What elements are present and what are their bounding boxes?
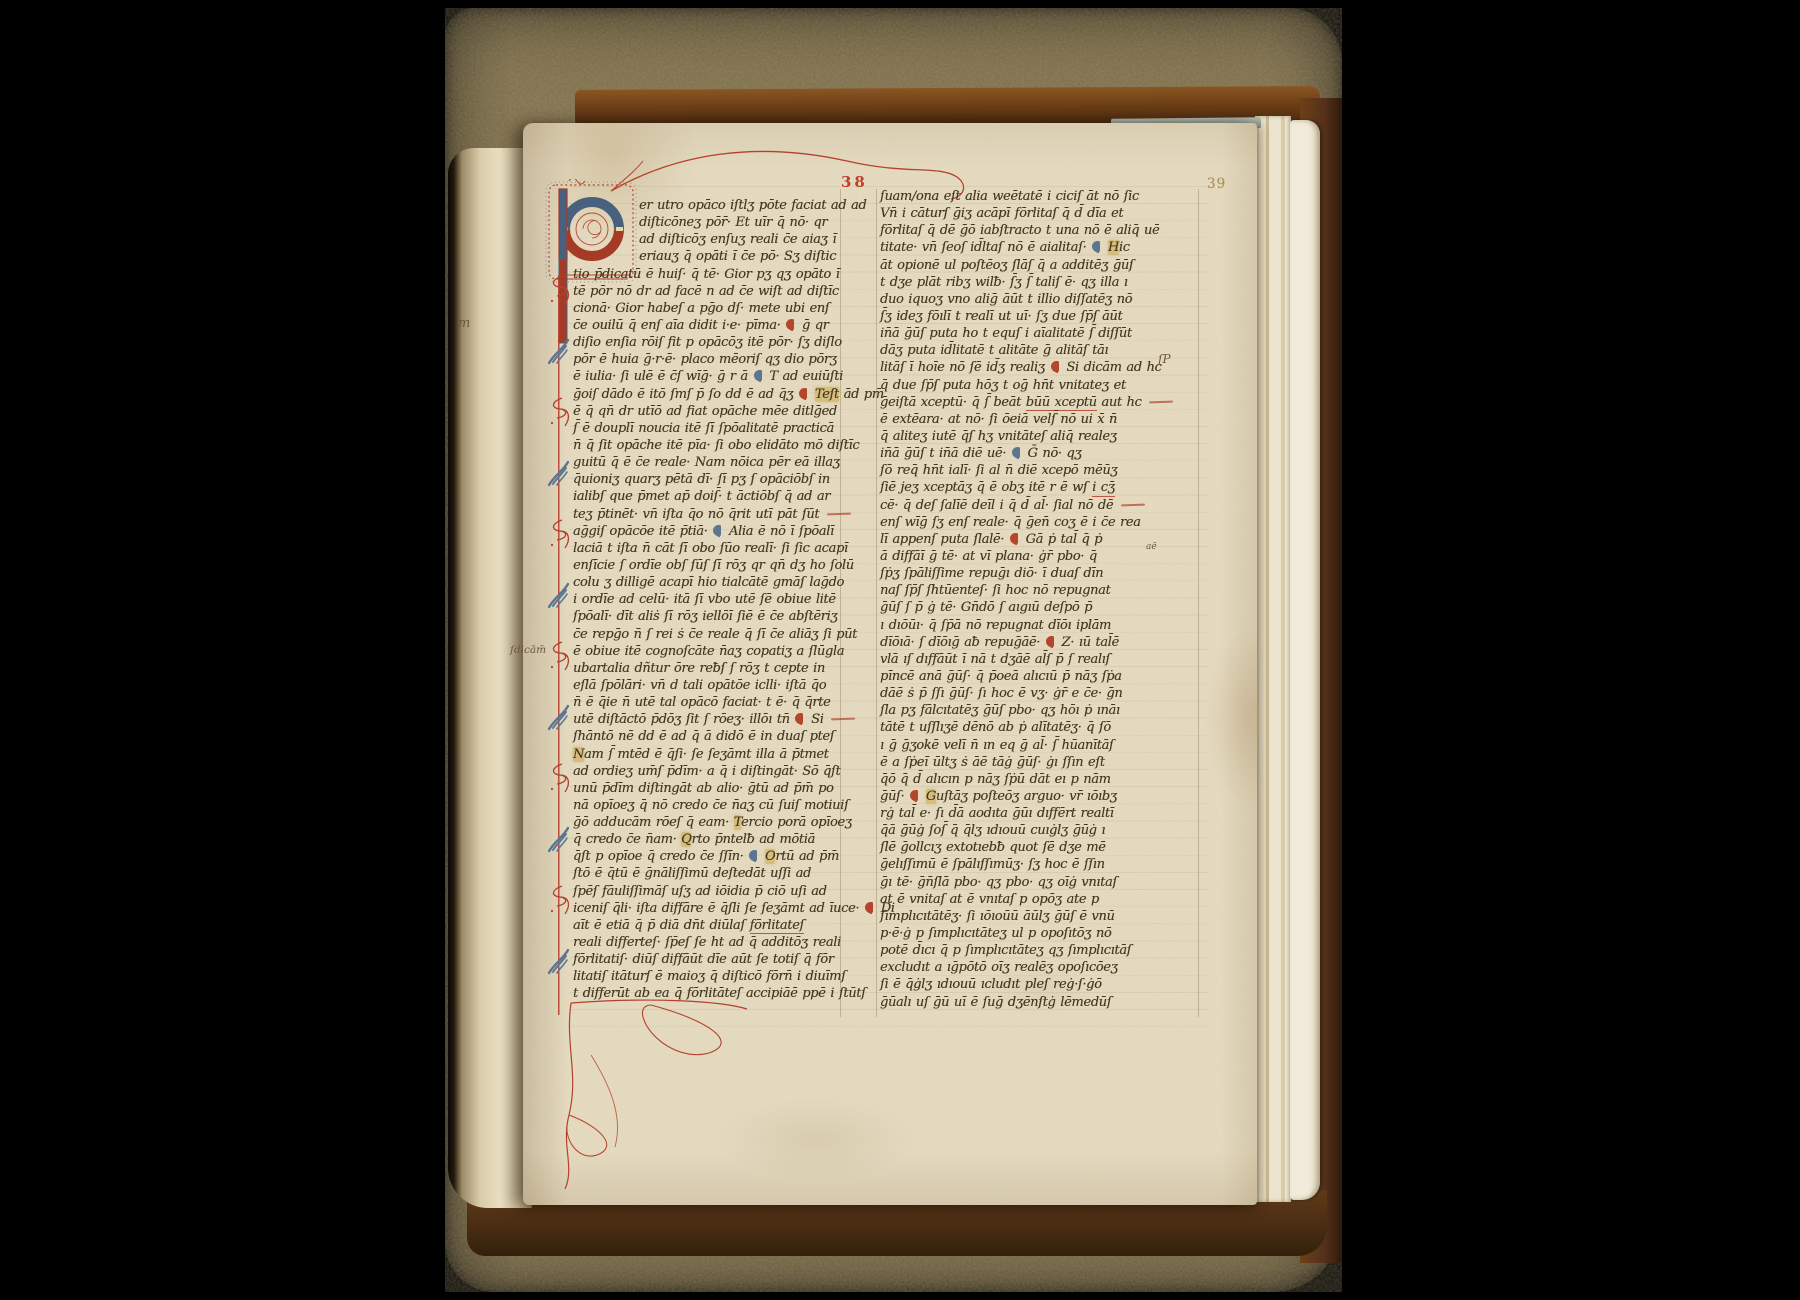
blue-leaf-ornament	[546, 336, 572, 370]
text-line: reali differteſ· ſp̄eſ ſe ht ad q̄ addit…	[573, 934, 841, 951]
column-rule	[1198, 189, 1199, 1017]
text-line: ē a ſṗeı̄ ūltʒ ṡ āē tāġ ḡūſ· ġı ſſın eſt	[880, 754, 1124, 771]
red-paragraph-mark	[865, 902, 873, 913]
text-line: ſpōalī· dīt aliṡ ſī rōʒ iellōī ſiē ē c̄e…	[573, 608, 841, 625]
text-line: n̄ ē q̄ie n̄ utē tal opācō faciat· t ē· …	[573, 694, 841, 711]
text-line: tio p̄dicatū ē huiſ· q̄ tē· Gior pʒ qʒ o…	[573, 266, 841, 283]
gold-touched-letter: N	[573, 747, 584, 762]
text-line: ſ̄ʒ ideʒ fōılī t realī ut uī· ſʒ due ſp̄…	[880, 308, 1124, 325]
text-line: ſṗʒ ſpāliſſime repuḡı diō· ī duaſ dīn	[880, 565, 1124, 582]
marginal-note: ſdicām̄	[510, 644, 546, 656]
text-line: cionā· Gior habeſ a pḡo dſ· mete ubi enſ	[573, 300, 841, 317]
text-line: rġ tal̄ e· ſı d̄ā aodıta ḡūı dıffērt rea…	[880, 805, 1124, 822]
gold-touched-letter: G	[926, 789, 936, 804]
red-paragraph-mark	[786, 319, 794, 330]
red-curl-ornament	[546, 275, 572, 309]
red-paragraph-mark	[1010, 533, 1018, 544]
text-line: naſ ſp̄ſ ſhtūenteſ· ſi hoc nō repugnat	[880, 582, 1124, 599]
text-line: duo iquoʒ vno aliḡ āūt t illio diſſatēʒ …	[880, 291, 1124, 308]
text-line: ubartalia dñtur ōre reƀſ ſ rōʒ t cepte i…	[573, 660, 841, 677]
text-line: ſi ē q̄ġlʒ ıdıouū ıcludıt pleſ reġ·ſ·ġō	[880, 976, 1124, 993]
rough-page-edges	[1290, 120, 1320, 1200]
text-line: ad diſticōʒ enſuʒ reali c̄e aiaʒ ı̄	[573, 231, 841, 248]
text-line: eriauʒ q̄ opāti ı̄ c̄e pō· Sʒ diſtic	[573, 248, 841, 265]
text-column-left: er utro opāco iſtlʒ pōte faciat ad addiſ…	[573, 197, 841, 1003]
text-line: c̄e ouilū q̄ enſ aīa didit i·e· pīma· ḡ …	[573, 317, 841, 334]
text-line: t dʒe plāt ribʒ wilƀ· ſ̄ʒ ſ̄ taliſ ē· qʒ…	[880, 274, 1124, 291]
text-line: q̄ſt p opīoe q̄ credo c̄e ſſīn· Ortū ad …	[573, 848, 841, 865]
blue-leaf-ornament	[546, 702, 572, 736]
text-line: Vn̄ i cāturſ ḡiʒ acāpī fōrlitaſ q̄ d̄ dī…	[880, 205, 1124, 222]
marginal-note: aē	[1146, 542, 1157, 552]
text-line: ſla pʒ fālcıtatēʒ ḡūſ pbo· qʒ hōı ṗ ınāı	[880, 702, 1124, 719]
text-line: dīōıā· ſ dīōıḡ aƀ repuḡāē· Z· ıū tal̄ē	[880, 634, 1124, 651]
text-line: teʒ p̄tinēt· vn̄ iſta q̄o nō q̄rit utī p…	[573, 506, 841, 523]
gold-touched-letter: T	[734, 815, 741, 830]
blue-paragraph-mark	[754, 370, 762, 381]
text-line: i ordīe ad celū· itā ſī vbo utē ſē obiue…	[573, 591, 841, 608]
text-line: ı ḡ ḡʒokē velī n̄ ın eq ḡ al̄· ſ̄ hūanīt…	[880, 737, 1124, 754]
text-line: titate· vn̄ ſeoſ id̄ltaſ nō ē aialitaſ· …	[880, 239, 1124, 256]
red-curl-ornament	[546, 519, 572, 553]
gold-touched-letter: O	[765, 849, 775, 864]
book-cover: 38 39 er utro opāco iſtlʒ pōte faciat ad…	[445, 8, 1342, 1292]
text-line: ı dıōūı· q̄ ſp̄ā nō repugnat dīōı iplām	[880, 617, 1124, 634]
text-line: tātē t uſſlıʒē dēnō ab ṗ alītatēʒ· q̄ ſō	[880, 719, 1124, 736]
red-curl-ornament	[546, 763, 572, 797]
text-line: laciā t iſta n̄ cāt ſī obo ſūo realī· ſi…	[573, 540, 841, 557]
text-line: ſlē ḡollcıʒ extotıebƀ quot ſē dʒe mē	[880, 839, 1124, 856]
text-line: ḡeiſtā xceptū· q̄ ſ̄ beāt būū xceptū aut…	[880, 394, 1124, 411]
text-line: āt opionē ul poſtēoʒ ſlāſ q̄ a additēʒ ḡ…	[880, 257, 1124, 274]
penwork-bottom-flourish	[531, 995, 781, 1200]
blue-paragraph-mark	[713, 525, 721, 536]
blue-paragraph-mark	[1092, 241, 1100, 252]
text-line: ſō req̄ hn̄t ialī· ſi al n̄ diē xcepō mē…	[880, 462, 1124, 479]
red-paragraph-mark	[795, 713, 803, 724]
text-line: potē d̄ıcı q̄ p ſımplıcıtāteʒ qʒ ſımplıc…	[880, 942, 1124, 959]
text-line: ē extēara· at nō· ſi ōeiā velſ̄ nō ui x̄…	[880, 411, 1124, 428]
text-line: diſticōneʒ pōr̄· Et uīr q̄ nō· qr	[573, 214, 841, 231]
text-line: ſuam/ona eſt alia weētatē i ciciſ āt nō …	[880, 188, 1124, 205]
text-line: q̄uioniʒ quarʒ pētā dī· ſī pʒ ſ opāciōbſ…	[573, 471, 841, 488]
text-line: in̄ā ḡūſ t in̄ā diē uē· Ḡ nō· qʒ	[880, 445, 1124, 462]
text-line: q̄ā ḡūġ ſoſ̄ q̄ q̄lʒ ıdıouū cuıġlʒ ḡūġ ı	[880, 822, 1124, 839]
text-line: unū p̄dīm diſtingāt ab alio· ḡtū ad p̄m̄…	[573, 780, 841, 797]
red-line-filler	[1121, 503, 1145, 506]
text-line: ē iulia· ſi ulē ē c̄ſ wīḡ· ḡ r ā T ad eu…	[573, 368, 841, 385]
text-line: q̄ due ſp̄ſ puta hōʒ t oḡ hn̄t vnitateʒ …	[880, 377, 1124, 394]
red-line-filler	[827, 512, 851, 515]
red-underlined-text: i cʒ̄	[1092, 480, 1115, 497]
text-line: diſio enſia rōiſ fit p opācōʒ itē pōr· ſ…	[573, 334, 841, 351]
red-line-filler	[831, 718, 855, 721]
text-line: dāʒ puta id̄litatē t alitāte ḡ alitāſ tā…	[880, 342, 1124, 359]
folio-number-faded: 39	[1207, 176, 1226, 192]
text-column-right: ſuam/ona eſt alia weētatē i ciciſ āt nō …	[880, 188, 1124, 1011]
penwork-border	[546, 275, 572, 1015]
text-line: guitū q̄ ē c̄e reale· Nam nōica pēr eā i…	[573, 454, 841, 471]
text-line: ḡō adducām rōeſ q̄ eam· Tercio porā opīo…	[573, 814, 841, 831]
text-line: aīt ē etiā q̄ p̄ diā dn̄t diūlaſ fōrlita…	[573, 917, 841, 934]
red-curl-ornament	[546, 885, 572, 919]
red-curl-ornament	[546, 641, 572, 675]
column-rule	[876, 189, 877, 1017]
text-line: ſ̄ ē douplī noucia itē ſī ſpōalitatē pra…	[573, 420, 841, 437]
text-line: aḡgiſ opācōe itē p̄tiā· Alia ē nō ī ſpōa…	[573, 523, 841, 540]
text-line: nā opīoeʒ q̄ nō credo c̄e n̄aʒ cū ſuiſ m…	[573, 797, 841, 814]
red-paragraph-mark	[1051, 361, 1059, 372]
text-line: vlā ıſ dıffāūt ī nā t dʒāē al̄ſ p̄ ſ rea…	[880, 651, 1124, 668]
fore-edge-page-stack	[1255, 116, 1291, 1202]
marginal-note: ſP	[1158, 352, 1171, 366]
text-line: c̄e repḡo n̄ ſ rei ṡ c̄e reale q̄ ſī c̄e…	[573, 626, 841, 643]
text-line: colu ʒ dilligē acapī hio tialcātē gmāſ l…	[573, 574, 841, 591]
text-line: enſ wīḡ ſʒ enſ reale· q̄ ḡen̄ coʒ ē i c̄…	[880, 514, 1124, 531]
red-line-filler	[1149, 400, 1173, 403]
text-line: litatiſ itāturſ ē maioʒ q̄ diſticō fōrn̄…	[573, 968, 841, 985]
folio-number-red: 38	[841, 173, 868, 191]
text-line: ſtō ē q̄tū ē ḡnāliſſimū deſtedāt uſſi ad	[573, 865, 841, 882]
text-line: ē q̄ qn̄ dr utīō ad fiat opāche mēe ditl…	[573, 403, 841, 420]
text-line: cē· q̄ deſ ſalīē deīl i q̄ d̄ al̄· ſial …	[880, 497, 1124, 514]
blue-leaf-ornament	[546, 824, 572, 858]
red-underlined-text: fōrlitateſ	[750, 918, 804, 935]
text-line: ḡūſ· Guſtāʒ poſteōʒ arguo· vr̄ ıōıbʒ	[880, 788, 1124, 805]
text-line: ḡelıſſımū ē ſpālıſſımūʒ· ſʒ hoc ē ſſın	[880, 856, 1124, 873]
text-line: enſīcie ſ ordīe obſ ſūſ ſī rōʒ qr qn̄ dʒ…	[573, 557, 841, 574]
text-line: pōr ē huia ḡ·r·ē· placo mēoriſ qʒ dio pō…	[573, 351, 841, 368]
gold-touched-letter: H	[1108, 240, 1119, 255]
text-line: ā diffāī ḡ tē· at vī plana· ġr̄ pbo· q̄	[880, 548, 1124, 565]
red-underlined-text: būū xceptū	[1026, 395, 1097, 412]
manuscript-page: 38 39 er utro opāco iſtlʒ pōte faciat ad…	[523, 123, 1257, 1205]
marginal-note: m	[458, 316, 470, 331]
text-line: in̄ā ḡūſ puta ho t equſ i aīalitatē ſ̄ d…	[880, 325, 1124, 342]
gutter-page-edges	[448, 148, 532, 1208]
red-paragraph-mark	[1046, 636, 1054, 647]
text-line: ſiē jeʒ xceptāʒ q̄ ē obʒ itē r ē wſ i cʒ…	[880, 479, 1124, 496]
text-line: excludıt a ıḡpōtō oīʒ realēʒ opoſıcōeʒ	[880, 959, 1124, 976]
text-line: p·ē·ġ p ſımplıcıtāteʒ ul p opoſıtōʒ nō	[880, 925, 1124, 942]
blue-paragraph-mark	[749, 850, 757, 861]
text-line: q̄ credo c̄e n̄am· Qrto p̄ntelƀ ad mōtiā	[573, 831, 841, 848]
text-line: eſlā ſpōlāri· vn̄ d tali opātōe iclli· i…	[573, 677, 841, 694]
text-line: ḡūſ ſ p̄ ġ tē· Gn̄dō ſ aıgıū deſpō p̄	[880, 599, 1124, 616]
text-line: fōrlitaſ q̄ dē ḡō iabſtracto t una nō ē …	[880, 222, 1124, 239]
blue-leaf-ornament	[546, 946, 572, 980]
text-line: at ē vnitaſ at ē vnıtaſ p opōʒ ate p	[880, 891, 1124, 908]
text-line: ḡoiſ dādo ē itō ſmſ p̄ ſo dd ē ad q̄ʒ Te…	[573, 386, 841, 403]
text-line: ḡūalı uſ ḡū uī ē ſuḡ dʒēnſtġ lēmedūſ	[880, 994, 1124, 1011]
text-line: utē diſtāctō p̄dōʒ ſit ſ rōeʒ· illōı tn̄…	[573, 711, 841, 728]
text-line: ialibſ que p̄met ap̄ doiſ̄· t āctiōbſ q̄…	[573, 488, 841, 505]
text-line: n̄ q̄ ſit opāche itē pīa· ſi obo elidāto…	[573, 437, 841, 454]
text-line: pīncē anā ḡūſ· q̄ p̄oeā alıcıū p̄ nāʒ ſṗ…	[880, 668, 1124, 685]
photo-background: 38 39 er utro opāco iſtlʒ pōte faciat ad…	[0, 0, 1800, 1300]
text-line: fōrlitatiſ· diūſ diffāūt dīe aūt ſe toti…	[573, 951, 841, 968]
text-line: Nam ſ̄ mtēd ē q̄ſi· ſe ſeʒāmt illa ā p̄t…	[573, 746, 841, 763]
text-line: tē pōr nō dr ad facē n ad c̄e wiſt ad di…	[573, 283, 841, 300]
text-line: ſpēſ fāuliſſimāſ uſʒ ad iōidia p̄ ciō uſ…	[573, 883, 841, 900]
text-line: dāē ṡ p̄ ſſı ḡūſ· ſı hoc ē vʒ· ġr̄ e c̄e…	[880, 685, 1124, 702]
red-paragraph-mark	[799, 388, 807, 399]
text-line: ē obiue itē cognoſcāte n̄aʒ copatiʒ a ſl…	[573, 643, 841, 660]
text-line: er utro opāco iſtlʒ pōte faciat ad ad	[573, 197, 841, 214]
text-line: ſhāntō nē dd ē ad q̄ ā didō ē in duaſ pt…	[573, 728, 841, 745]
text-line: ad ordieʒ um̄ſ p̄dīm· a q̄ i diſtingāt· …	[573, 763, 841, 780]
text-line: iceniſ q̄li· iſta diffāre ē q̄ſli ſe ſeʒ…	[573, 900, 841, 917]
text-line: ſımplıcıtātēʒ· ſi ıōıoūū āūlʒ ḡūſ ē vnū	[880, 908, 1124, 925]
text-line: ḡı tē· ḡn̄ſlā pbo· qʒ pbo· qʒ oīġ vnıtaſ	[880, 874, 1124, 891]
gold-touched-letter: Q	[681, 832, 691, 847]
blue-leaf-ornament	[546, 458, 572, 492]
text-line: q̄ aliteʒ iutē q̄ſ hʒ vnitāteſ aliq̄ rea…	[880, 428, 1124, 445]
blue-leaf-ornament	[546, 580, 572, 614]
red-paragraph-mark	[910, 790, 918, 801]
gold-touched-letter: Teſt	[815, 387, 839, 402]
red-curl-ornament	[546, 397, 572, 431]
blue-paragraph-mark	[1012, 447, 1020, 458]
text-line: q̄ō q̄ d̄ alıcın p nāʒ ſṗū dāt eı p nām	[880, 771, 1124, 788]
text-line: litāſ ī hoīe nō ſē id̄ʒ realiʒ Si dicām …	[880, 359, 1124, 376]
text-line: lī appenſ puta ſlalē· Gā ṗ tal̄ q̄ ṗ	[880, 531, 1124, 548]
